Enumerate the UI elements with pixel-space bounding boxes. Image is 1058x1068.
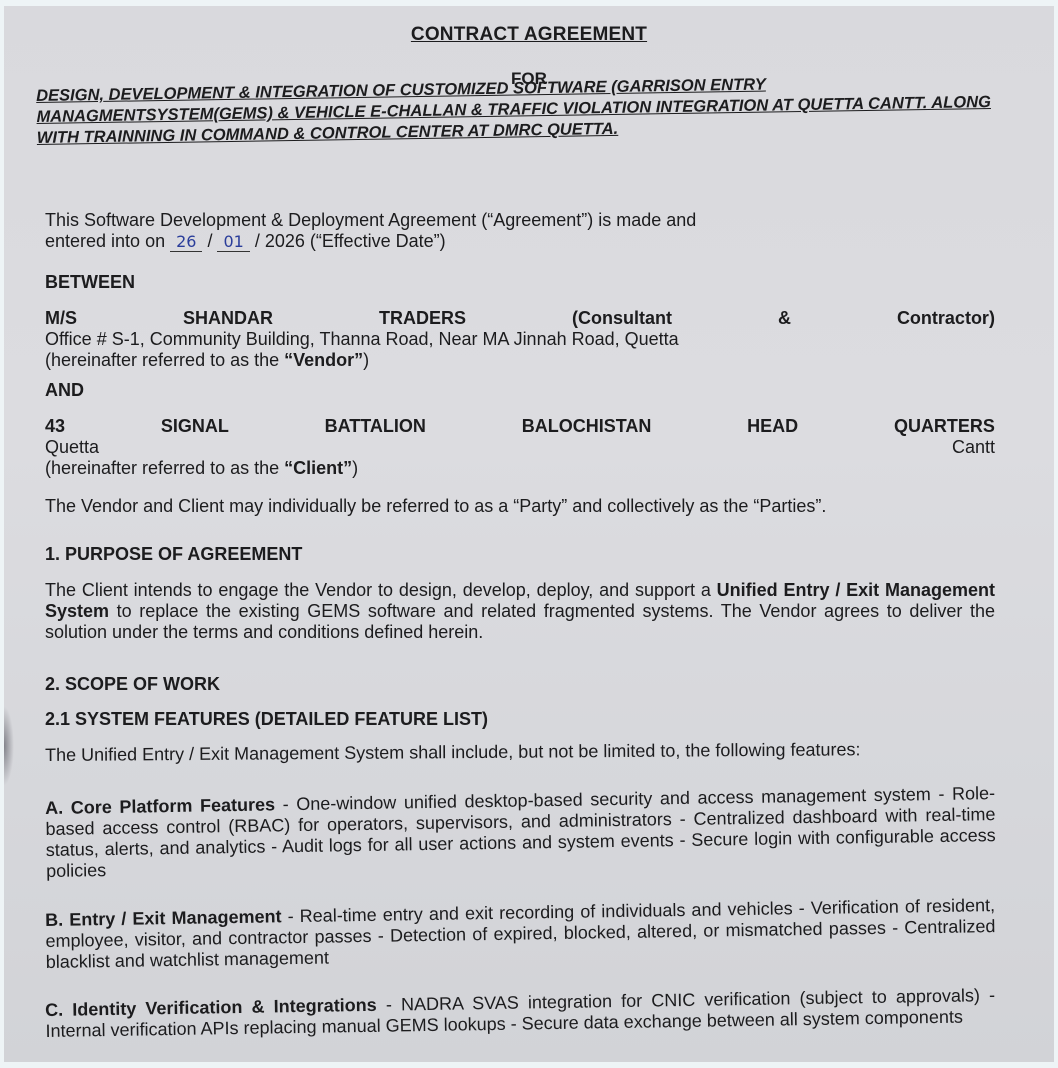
client-city: Quetta Cantt	[45, 437, 995, 458]
and-label: AND	[45, 380, 995, 401]
intro-line-1: This Software Development & Deployment A…	[45, 210, 995, 231]
parties-paragraph: The Vendor and Client may individually b…	[45, 496, 995, 517]
intro-line-2: entered into on 26 / 01 / 2026 (“Effecti…	[45, 231, 995, 252]
intro-paragraph: This Software Development & Deployment A…	[45, 210, 995, 252]
document-page: CONTRACT AGREEMENT FOR DESIGN, DEVELOPME…	[4, 6, 1054, 1062]
section-2-intro: The Unified Entry / Exit Management Syst…	[45, 738, 995, 766]
client-name: 43 SIGNAL BATTALION BALOCHISTAN HEAD QUA…	[45, 416, 995, 437]
between-label: BETWEEN	[45, 272, 995, 293]
vendor-reference: (hereinafter referred to as the “Vendor”…	[45, 350, 995, 371]
vendor-name: M/S SHANDAR TRADERS (Consultant & Contra…	[45, 308, 995, 329]
section-2-heading: 2. SCOPE OF WORK	[45, 674, 995, 695]
feature-a-title: A. Core Platform Features	[45, 794, 275, 818]
handwritten-month: 01	[217, 232, 249, 252]
section-2-1-heading: 2.1 SYSTEM FEATURES (DETAILED FEATURE LI…	[45, 709, 995, 730]
handwritten-day: 26	[170, 232, 202, 252]
feature-b-title: B. Entry / Exit Management	[45, 906, 282, 930]
feature-b: B. Entry / Exit Management - Real-time e…	[45, 895, 996, 973]
page-edge-shadow	[4, 706, 14, 786]
vendor-block: M/S SHANDAR TRADERS (Consultant & Contra…	[45, 308, 995, 371]
client-block: 43 SIGNAL BATTALION BALOCHISTAN HEAD QUA…	[45, 416, 995, 479]
feature-a: A. Core Platform Features - One-window u…	[45, 783, 996, 882]
section-1-heading: 1. PURPOSE OF AGREEMENT	[45, 544, 995, 565]
feature-c: C. Identity Verification & Integrations …	[45, 985, 996, 1042]
vendor-address: Office # S-1, Community Building, Thanna…	[45, 329, 995, 350]
section-1-text: The Client intends to engage the Vendor …	[45, 580, 995, 643]
client-reference: (hereinafter referred to as the “Client”…	[45, 458, 995, 479]
document-title: CONTRACT AGREEMENT	[4, 24, 1054, 46]
